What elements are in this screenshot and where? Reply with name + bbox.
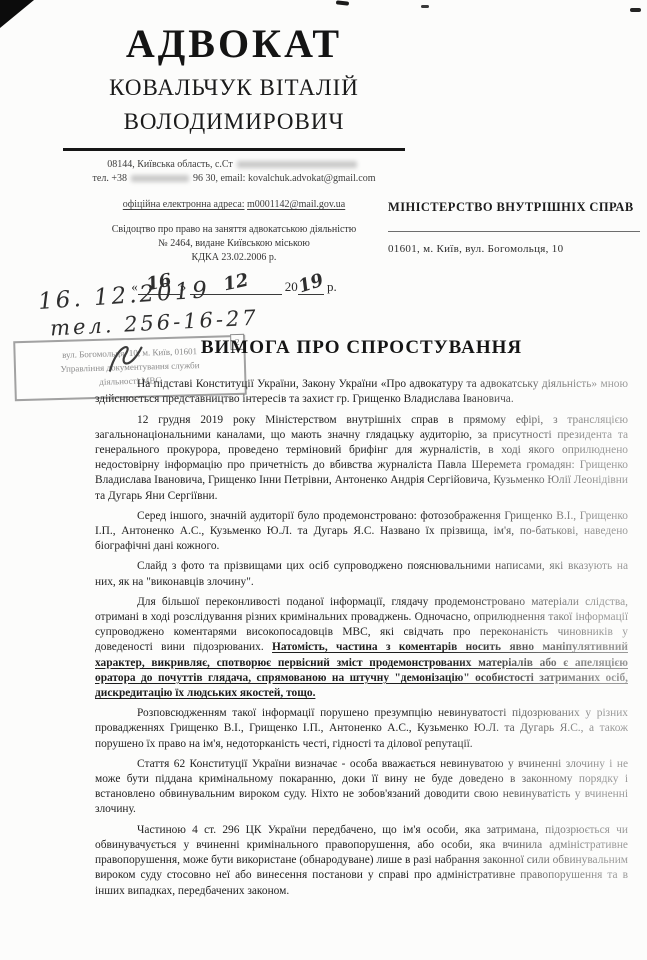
letterhead-divider <box>63 148 405 151</box>
illegible-blur <box>237 161 357 168</box>
paragraph-8: Частиною 4 ст. 296 ЦК України передбачен… <box>95 823 628 899</box>
handwritten-year: 19 <box>295 269 326 297</box>
certificate-line: КДКА 23.02.2006 р. <box>55 251 413 265</box>
paragraph-3: Серед іншого, значній аудиторії було про… <box>95 509 628 555</box>
recipient-block: МІНІСТЕРСТВО ВНУТРІШНІХ СПРАВ 01601, м. … <box>388 200 640 255</box>
paragraph-6: Розповсюдженням такої інформації порушен… <box>95 706 628 752</box>
recipient-address: 01601, м. Київ, вул. Богомольця, 10 <box>388 243 640 255</box>
official-email-label: офіційна електронна адреса: <box>123 199 245 210</box>
paragraph-5: Для більшої переконливості поданої інфор… <box>95 595 628 701</box>
letterhead-phone-line: тел. +3896 30, email: kovalchuk.advokat@… <box>55 172 413 186</box>
letterhead-address-line: 08144, Київська область, с.Ст <box>55 158 413 172</box>
phone-text: тел. +38 <box>93 173 127 184</box>
paragraph-1: На підставі Конституції України, Закону … <box>95 377 628 407</box>
scan-artifact <box>421 5 429 8</box>
recipient-divider <box>388 231 640 232</box>
letterhead: АДВОКАТ КОВАЛЬЧУК ВІТАЛІЙ ВОЛОДИМИРОВИЧ … <box>55 20 413 295</box>
letterhead-title: АДВОКАТ <box>55 20 413 67</box>
year-blank: 19 <box>298 279 324 295</box>
address-text: 08144, Київська область, с.Ст <box>107 159 233 170</box>
scan-artifact <box>630 8 641 12</box>
year-suffix: р. <box>327 279 337 294</box>
paragraph-7: Стаття 62 Конституції України визначає -… <box>95 757 628 818</box>
document-title: ВИМОГА ПРО СПРОСТУВАННЯ <box>95 340 628 355</box>
document-body: ВИМОГА ПРО СПРОСТУВАННЯ На підставі Конс… <box>95 340 628 904</box>
recipient-name: МІНІСТЕРСТВО ВНУТРІШНІХ СПРАВ <box>388 200 640 215</box>
paragraph-2: 12 грудня 2019 року Міністерством внутрі… <box>95 413 628 504</box>
certificate-line: Свідоцтво про право на заняття адвокатсь… <box>55 223 413 237</box>
scan-artifact <box>336 0 349 5</box>
scanned-document-page: АДВОКАТ КОВАЛЬЧУК ВІТАЛІЙ ВОЛОДИМИРОВИЧ … <box>0 0 647 960</box>
paragraph-4: Слайд з фото та прізвищами цих осіб супр… <box>95 559 628 589</box>
advocate-name-line1: КОВАЛЬЧУК ВІТАЛІЙ <box>55 75 413 101</box>
phone-email-text: 96 30, email: kovalchuk.advokat@gmail.co… <box>193 173 376 184</box>
advocate-name-line2: ВОЛОДИМИРОВИЧ <box>55 109 413 135</box>
scan-artifact-corner <box>0 0 34 28</box>
official-email-value: m0001142@mail.gov.ua <box>247 199 345 210</box>
official-email-line: офіційна електронна адреса: m0001142@mai… <box>55 199 413 210</box>
certificate-line: № 2464, видане Київською міською <box>55 237 413 251</box>
illegible-blur <box>131 175 189 182</box>
